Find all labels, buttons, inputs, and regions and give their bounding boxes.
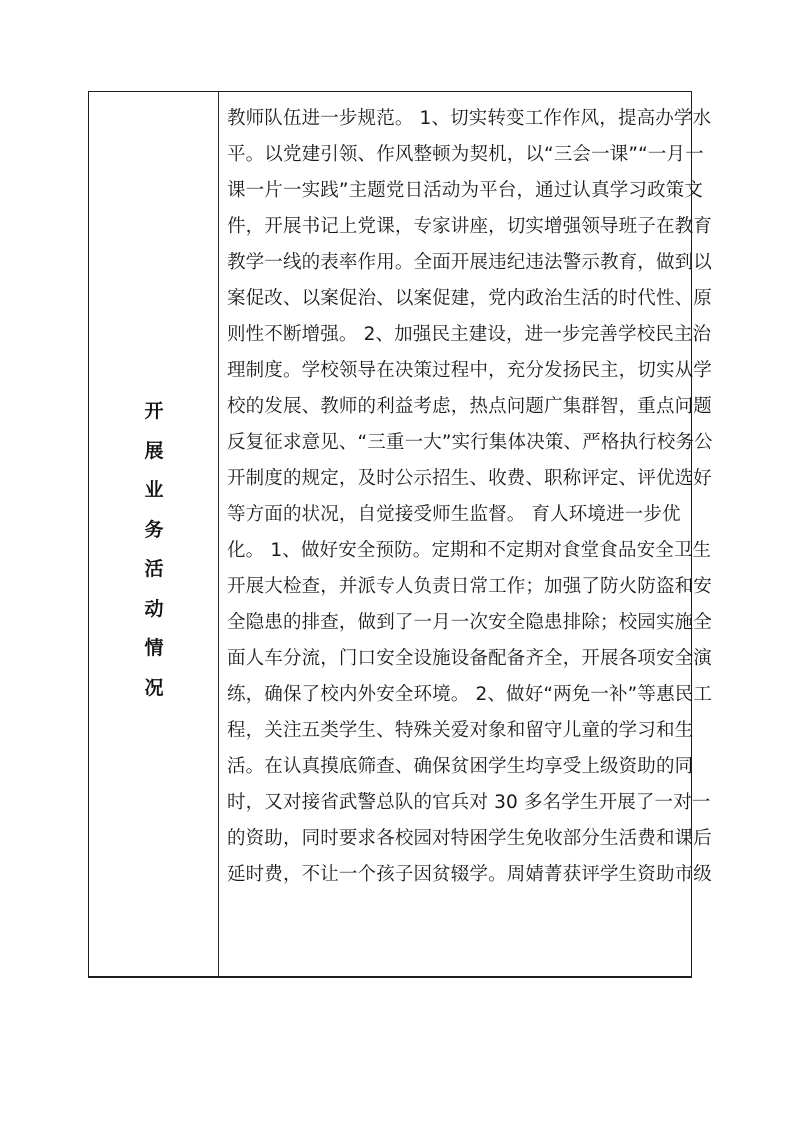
content-line: 案促改、以案促治、以案促建，党内政治生活的时代性、原 [227, 281, 685, 317]
section-label-char: 业 [144, 471, 163, 511]
section-label-char: 情 [144, 629, 163, 669]
content-line: 活。在认真摸底筛查、确保贫困学生均享受上级资助的同 [227, 749, 685, 785]
content-line: 练，确保了校内外安全环境。 2、做好“两免一补”等惠民工 [227, 677, 685, 713]
content-line: 课一片一实践”主题党日活动为平台，通过认真学习政策文 [227, 173, 685, 209]
section-label: 开 展 业 务 活 动 情 况 [89, 392, 219, 708]
section-label-char: 展 [144, 432, 163, 472]
content-line: 开展大检查，并派专人负责日常工作；加强了防火防盗和安 [227, 569, 685, 605]
content-line: 时，又对接省武警总队的官兵对 30 多名学生开展了一对一 [227, 785, 685, 821]
content-line: 化。 1、做好安全预防。定期和不定期对食堂食品安全卫生 [227, 533, 685, 569]
section-label-char: 开 [144, 392, 163, 432]
content-line: 教师队伍进一步规范。 1、切实转变工作作风，提高办学水 [227, 101, 685, 137]
section-label-char: 活 [144, 550, 163, 590]
section-content-cell: 教师队伍进一步规范。 1、切实转变工作作风，提高办学水 平。以党建引领、作风整顿… [219, 92, 691, 976]
content-line: 开制度的规定，及时公示招生、收费、职称评定、评优选好 [227, 461, 685, 497]
content-line: 面人车分流，门口安全设施设备配备齐全，开展各项安全演 [227, 641, 685, 677]
section-label-char: 况 [144, 669, 163, 709]
content-line: 理制度。学校领导在决策过程中，充分发扬民主，切实从学 [227, 353, 685, 389]
content-line: 延时费，不让一个孩子因贫辍学。周婧菁获评学生资助市级 [227, 857, 685, 893]
content-line: 反复征求意见、“三重一大”实行集体决策、严格执行校务公 [227, 425, 685, 461]
content-line: 则性不断增强。 2、加强民主建设，进一步完善学校民主治 [227, 317, 685, 353]
section-label-char: 务 [144, 511, 163, 551]
content-line: 平。以党建引领、作风整顿为契机，以“三会一课”“一月一 [227, 137, 685, 173]
content-line: 件，开展书记上党课，专家讲座，切实增强领导班子在教育 [227, 209, 685, 245]
activity-report-table: 开 展 业 务 活 动 情 况 教师队伍进一步规范。 1、切实转变工作作风，提高… [88, 91, 692, 978]
content-line: 程，关注五类学生、特殊关爱对象和留守儿童的学习和生 [227, 713, 685, 749]
content-line: 的资助，同时要求各校园对特困学生免收部分生活费和课后 [227, 821, 685, 857]
content-line: 教学一线的表率作用。全面开展违纪违法警示教育，做到以 [227, 245, 685, 281]
content-line: 等方面的状况，自觉接受师生监督。 育人环境进一步优 [227, 497, 685, 533]
document-page: 开 展 业 务 活 动 情 况 教师队伍进一步规范。 1、切实转变工作作风，提高… [0, 0, 793, 1122]
section-label-cell: 开 展 业 务 活 动 情 况 [89, 92, 219, 976]
content-line: 校的发展、教师的利益考虑，热点问题广集群智，重点问题 [227, 389, 685, 425]
content-line: 全隐患的排查，做到了一月一次安全隐患排除；校园实施全 [227, 605, 685, 641]
section-label-char: 动 [144, 590, 163, 630]
